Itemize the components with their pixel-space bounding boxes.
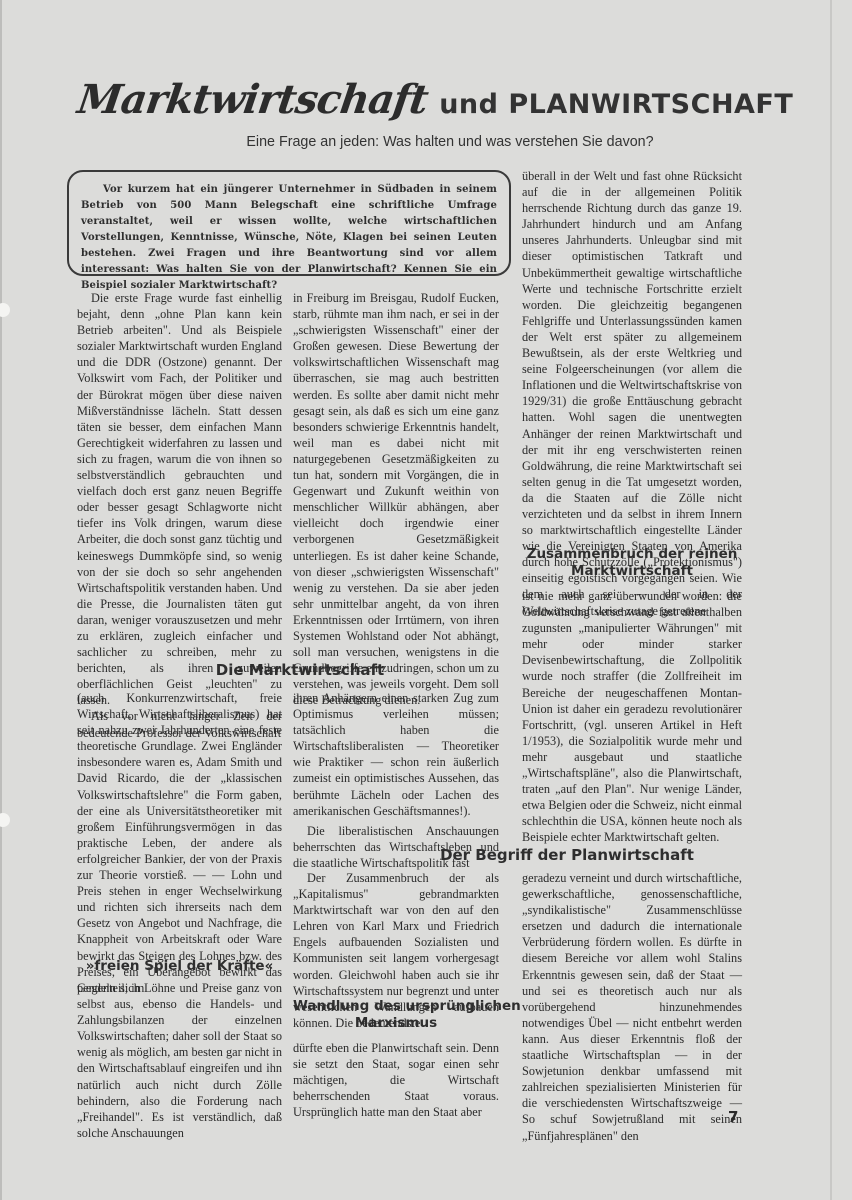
title-rest: und PLANWIRTSCHAFT	[439, 89, 793, 120]
paragraph: pendeln sich Löhne und Preise ganz von s…	[77, 980, 282, 1141]
paragraph: dürfte eben die Planwirtschaft sein. Den…	[293, 1040, 499, 1120]
paragraph: ihren Anhängern einen starken Zug zum Op…	[293, 690, 499, 819]
column-middle-mid: ihren Anhängern einen starken Zug zum Op…	[293, 690, 499, 871]
paragraph: geradezu verneint und durch wirtschaftli…	[522, 870, 742, 1144]
title-script: Marktwirtschaft	[75, 76, 431, 123]
column-left-bottom: pendeln sich Löhne und Preise ganz von s…	[77, 980, 282, 1141]
paragraph: ist nie mehr ganz überwunden worden: die…	[522, 588, 742, 846]
column-right-bottom: geradezu verneint und durch wirtschaftli…	[522, 870, 742, 1144]
intro-text: Vor kurzem hat ein jüngerer Unternehmer …	[81, 182, 497, 294]
article-title: Marktwirtschaftund PLANWIRTSCHAFT	[78, 76, 758, 126]
heading-marktwirtschaft: Die Marktwirtschaft	[150, 661, 450, 679]
page-edge-left	[0, 0, 2, 1200]
page-number: 7	[728, 1108, 738, 1126]
column-middle-last: dürfte eben die Planwirtschaft sein. Den…	[293, 1040, 499, 1120]
heading-zusammenbruch: Zusammenbruch der reinen Marktwirtschaft	[522, 546, 742, 580]
punch-hole	[0, 813, 10, 827]
column-middle-top: in Freiburg im Breisgau, Rudolf Eucken, …	[293, 290, 499, 708]
paragraph: Die erste Frage wurde fast einhellig bej…	[77, 290, 282, 708]
column-right-mid: ist nie mehr ganz überwunden worden: die…	[522, 588, 742, 846]
magazine-page: Marktwirtschaftund PLANWIRTSCHAFT Eine F…	[0, 0, 852, 1200]
column-left-mid: (auch Konkurrenzwirtschaft, freie Wirtsc…	[77, 690, 282, 996]
heading-wandlung-marxismus: Wandlung des ursprünglichen Marxismus	[293, 998, 499, 1032]
article-subtitle: Eine Frage an jeden: Was halten und was …	[150, 134, 750, 150]
paragraph: in Freiburg im Breisgau, Rudolf Eucken, …	[293, 290, 499, 708]
heading-begriff-planwirtschaft: Der Begriff der Planwirtschaft	[392, 846, 742, 864]
paragraph: (auch Konkurrenzwirtschaft, freie Wirtsc…	[77, 690, 282, 996]
punch-hole	[0, 303, 10, 317]
page-edge-right	[830, 0, 832, 1200]
heading-freien-spiel: »freien Spiel der Kräfte«	[77, 958, 282, 974]
intro-box: Vor kurzem hat ein jüngerer Unternehmer …	[67, 170, 511, 276]
